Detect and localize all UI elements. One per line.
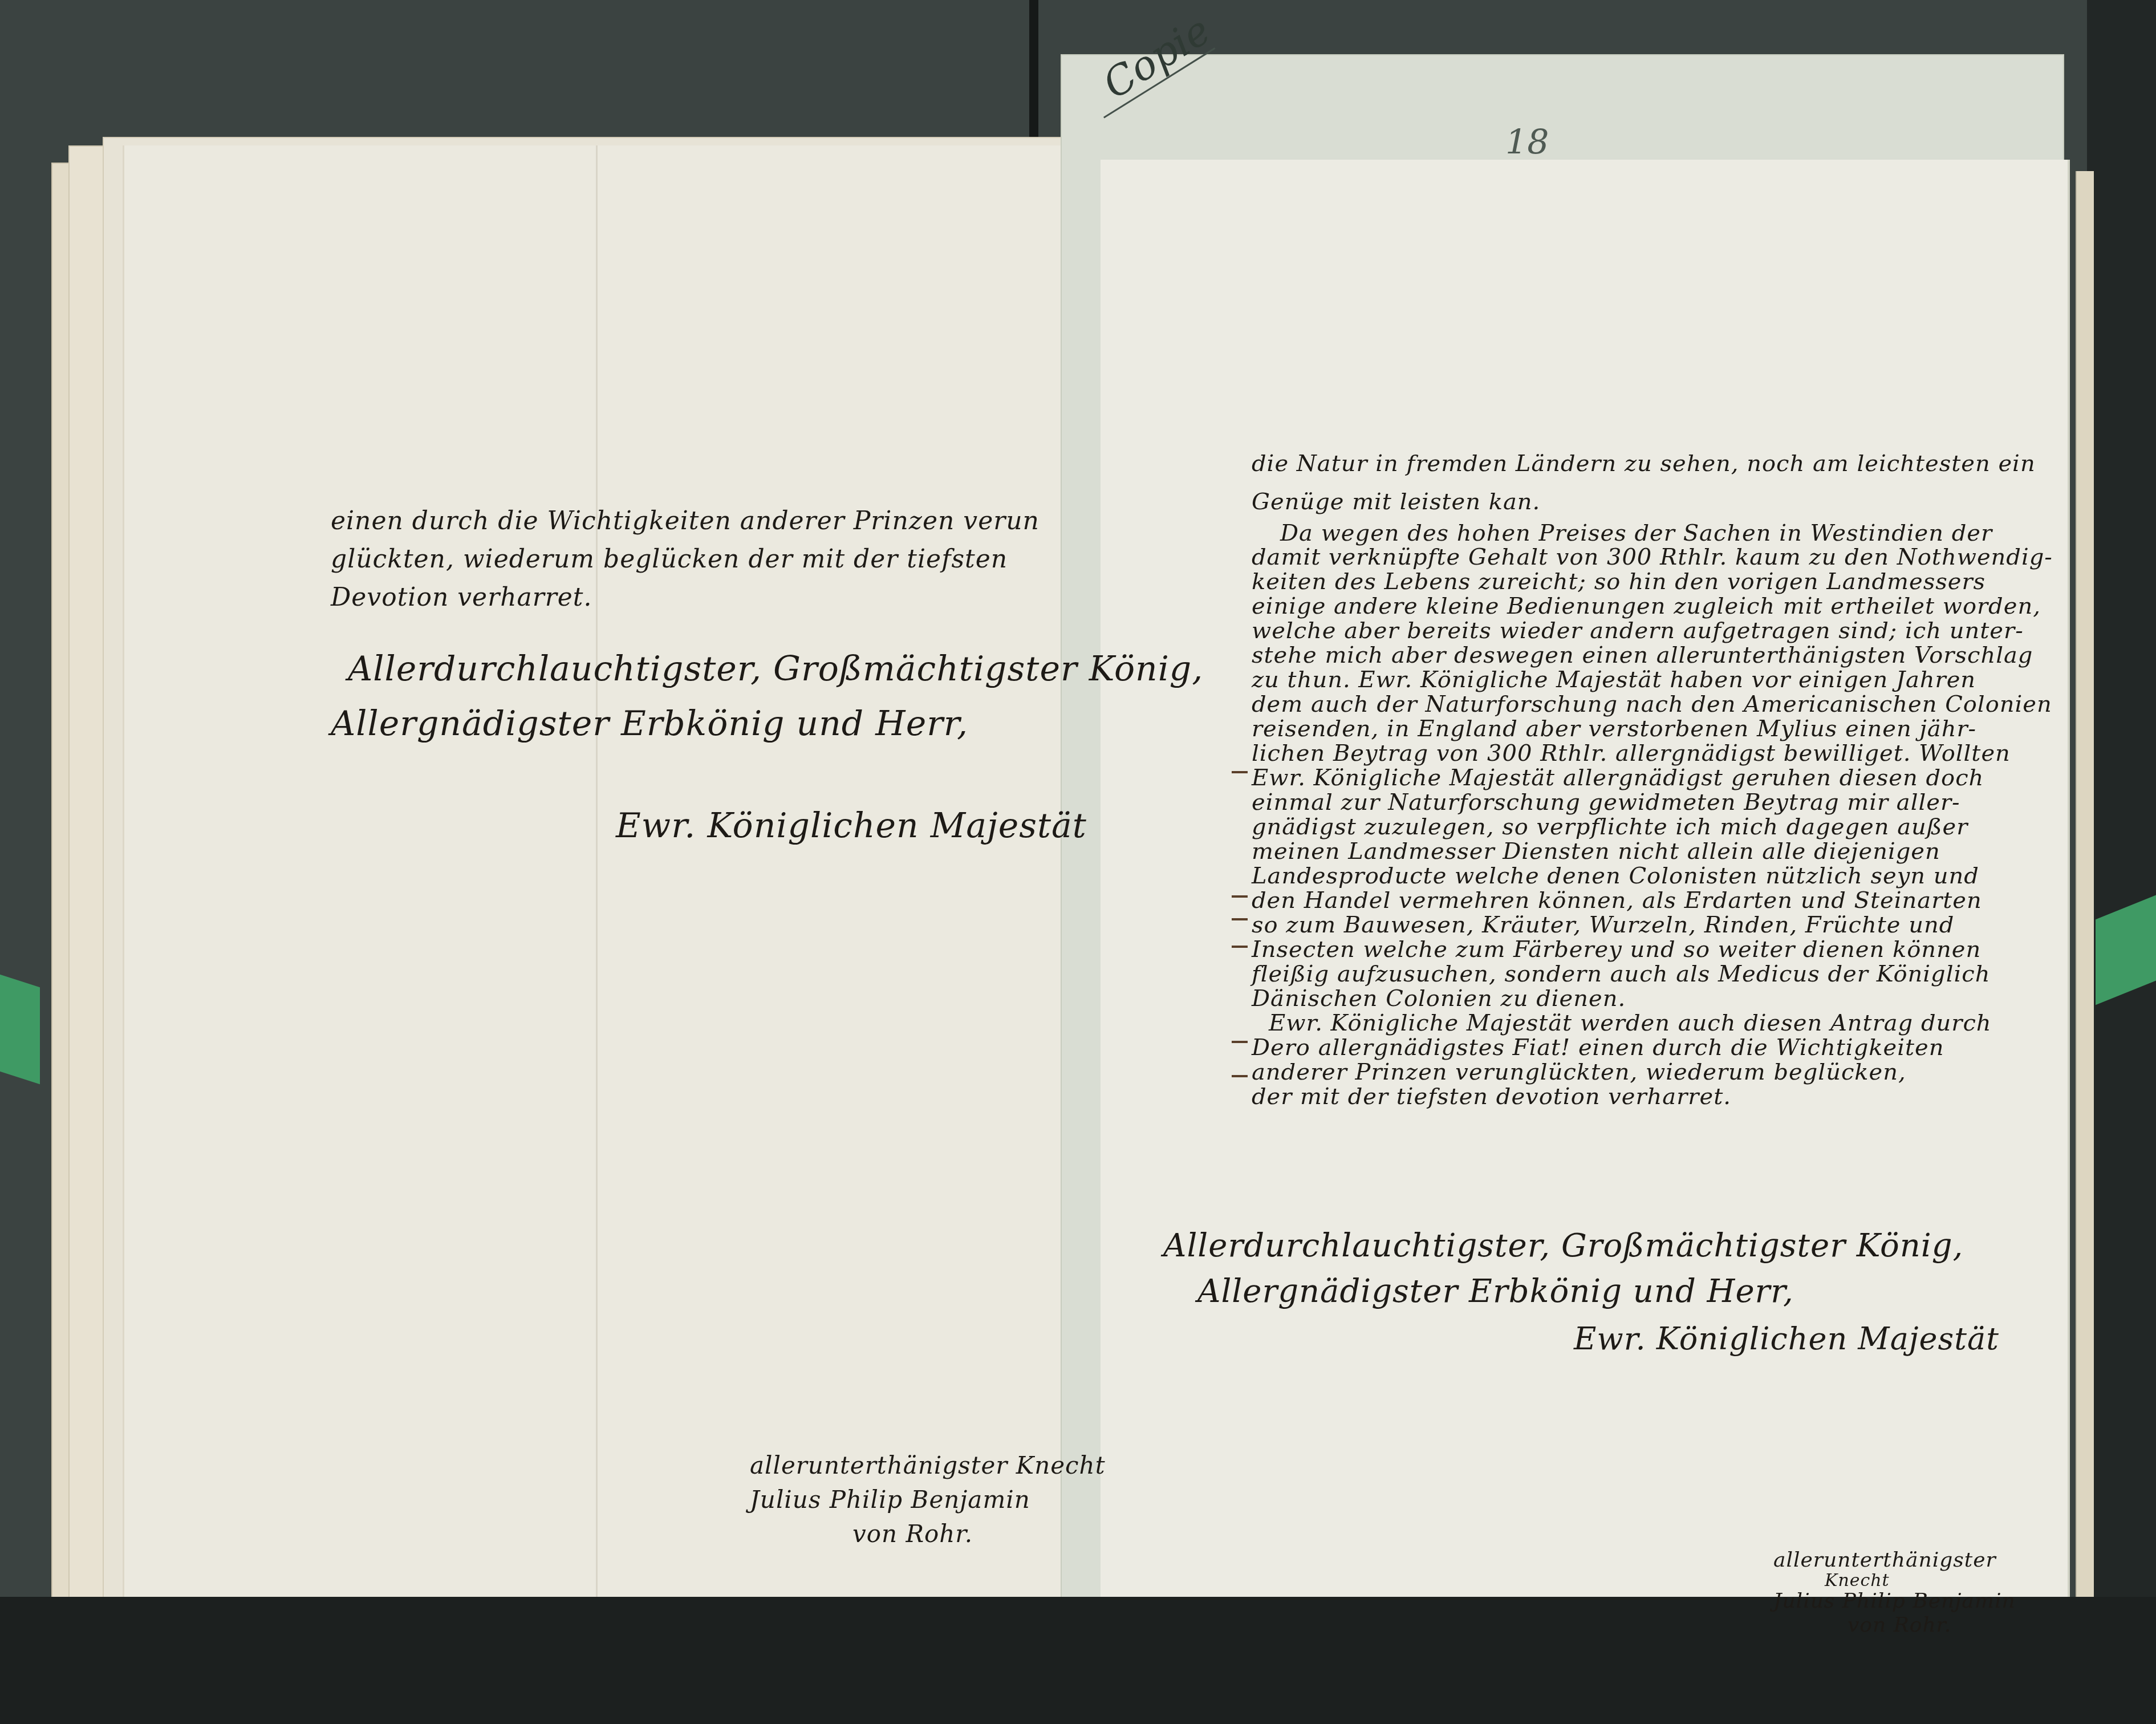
text-line: Insecten welche zum Färberey und so weit… [1252,938,2053,962]
text-line: lichen Beytrag von 300 Rthlr. allergnädi… [1252,741,2053,766]
salutation-line: Allerdurchlauchtigster, Großmächtigster … [1163,1223,1963,1269]
text-line: keiten des Lebens zureicht; so hin den v… [1252,570,2053,594]
left-salutation: Allerdurchlauchtigster, Großmächtigster … [331,642,1203,751]
text-line: damit verknüpfte Gehalt von 300 Rthlr. k… [1252,545,2053,570]
text-line: Ewr. Königliche Majestät werden auch die… [1252,1011,2053,1036]
address-line: Ewr. Königlichen Majestät [616,798,1087,853]
margin-dash [1232,895,1248,898]
margin-dash [1232,1041,1248,1043]
text-line: so zum Bauwesen, Kräuter, Wurzeln, Rinde… [1252,913,2053,938]
green-stripe-left [0,975,40,1085]
address-line: Ewr. Königlichen Majestät [1574,1312,1999,1366]
text-line: einen durch die Wichtigkeiten anderer Pr… [331,502,1040,540]
margin-dash [1232,946,1248,948]
left-page [123,145,1106,1634]
text-line: dem auch der Naturforschung nach den Ame… [1252,692,2053,717]
page-number: 18 [1505,123,1549,163]
text-line: die Natur in fremden Ländern zu sehen, n… [1252,445,2053,483]
salutation-line: Allergnädigster Erbkönig und Herr, [1163,1269,1963,1315]
text-line: Dero allergnädigstes Fiat! einen durch d… [1252,1036,2053,1060]
text-line: welche aber bereits wieder andern aufget… [1252,619,2053,643]
binding-shadow [1029,0,1038,137]
text-line: Genüge mit leisten kan. [1252,483,2053,521]
right-signature: allerunterthänigster Knecht Julius Phili… [1773,1548,2016,1637]
margin-dash [1232,771,1248,773]
signature-line: allerunterthänigster [1773,1548,2016,1572]
left-signature: allerunterthänigster Knecht Julius Phili… [750,1449,1106,1551]
background-right [2087,0,2156,1724]
signature-line: Knecht [1773,1572,2016,1589]
signature-line: allerunterthänigster Knecht [750,1449,1106,1483]
text-line: den Handel vermehren können, als Erdarte… [1252,889,2053,913]
right-salutation: Allerdurchlauchtigster, Großmächtigster … [1163,1223,1963,1315]
text-line: zu thun. Ewr. Königliche Majestät haben … [1252,668,2053,692]
text-line: anderer Prinzen verunglückten, wiederum … [1252,1060,2053,1085]
right-address: Ewr. Königlichen Majestät [1574,1312,1999,1366]
right-body-text: die Natur in fremden Ländern zu sehen, n… [1252,445,2053,1109]
text-line: gnädigst zuzulegen, so verpflichte ich m… [1252,815,2053,839]
signature-line: von Rohr. [1773,1613,2016,1637]
left-address: Ewr. Königlichen Majestät [616,798,1087,853]
signature-line: von Rohr. [750,1517,1106,1551]
left-page-fold [596,145,598,1634]
text-line: der mit der tiefsten devotion verharret. [1252,1085,2053,1109]
text-line: Da wegen des hohen Preises der Sachen in… [1252,521,2053,545]
text-line: Dänischen Colonien zu dienen. [1252,987,2053,1011]
text-line: stehe mich aber deswegen einen allerunte… [1252,643,2053,668]
text-line: Ewr. Königliche Majestät allergnädigst g… [1252,766,2053,790]
text-line: reisenden, in England aber verstorbenen … [1252,717,2053,741]
margin-dash [1232,918,1248,920]
signature-line: Julius Philip Benjamin [750,1483,1106,1517]
text-line: Devotion verharret. [331,578,1040,616]
salutation-line: Allergnädigster Erbkönig und Herr, [331,696,1203,751]
text-line: einmal zur Naturforschung gewidmeten Bey… [1252,790,2053,815]
text-line: fleißig aufzusuchen, sondern auch als Me… [1252,962,2053,987]
margin-dash [1232,1075,1248,1077]
text-line: glückten, wiederum beglücken der mit der… [331,540,1040,578]
right-page-edges [2076,171,2094,1654]
salutation-line: Allerdurchlauchtigster, Großmächtigster … [331,642,1203,696]
left-closing-text: einen durch die Wichtigkeiten anderer Pr… [331,502,1040,616]
text-line: einige andere kleine Bedienungen zugleic… [1252,594,2053,619]
text-line: meinen Landmesser Diensten nicht allein … [1252,839,2053,864]
text-line: Landesproducte welche denen Colonisten n… [1252,864,2053,889]
signature-line: Julius Philip Benjamin [1773,1589,2016,1613]
